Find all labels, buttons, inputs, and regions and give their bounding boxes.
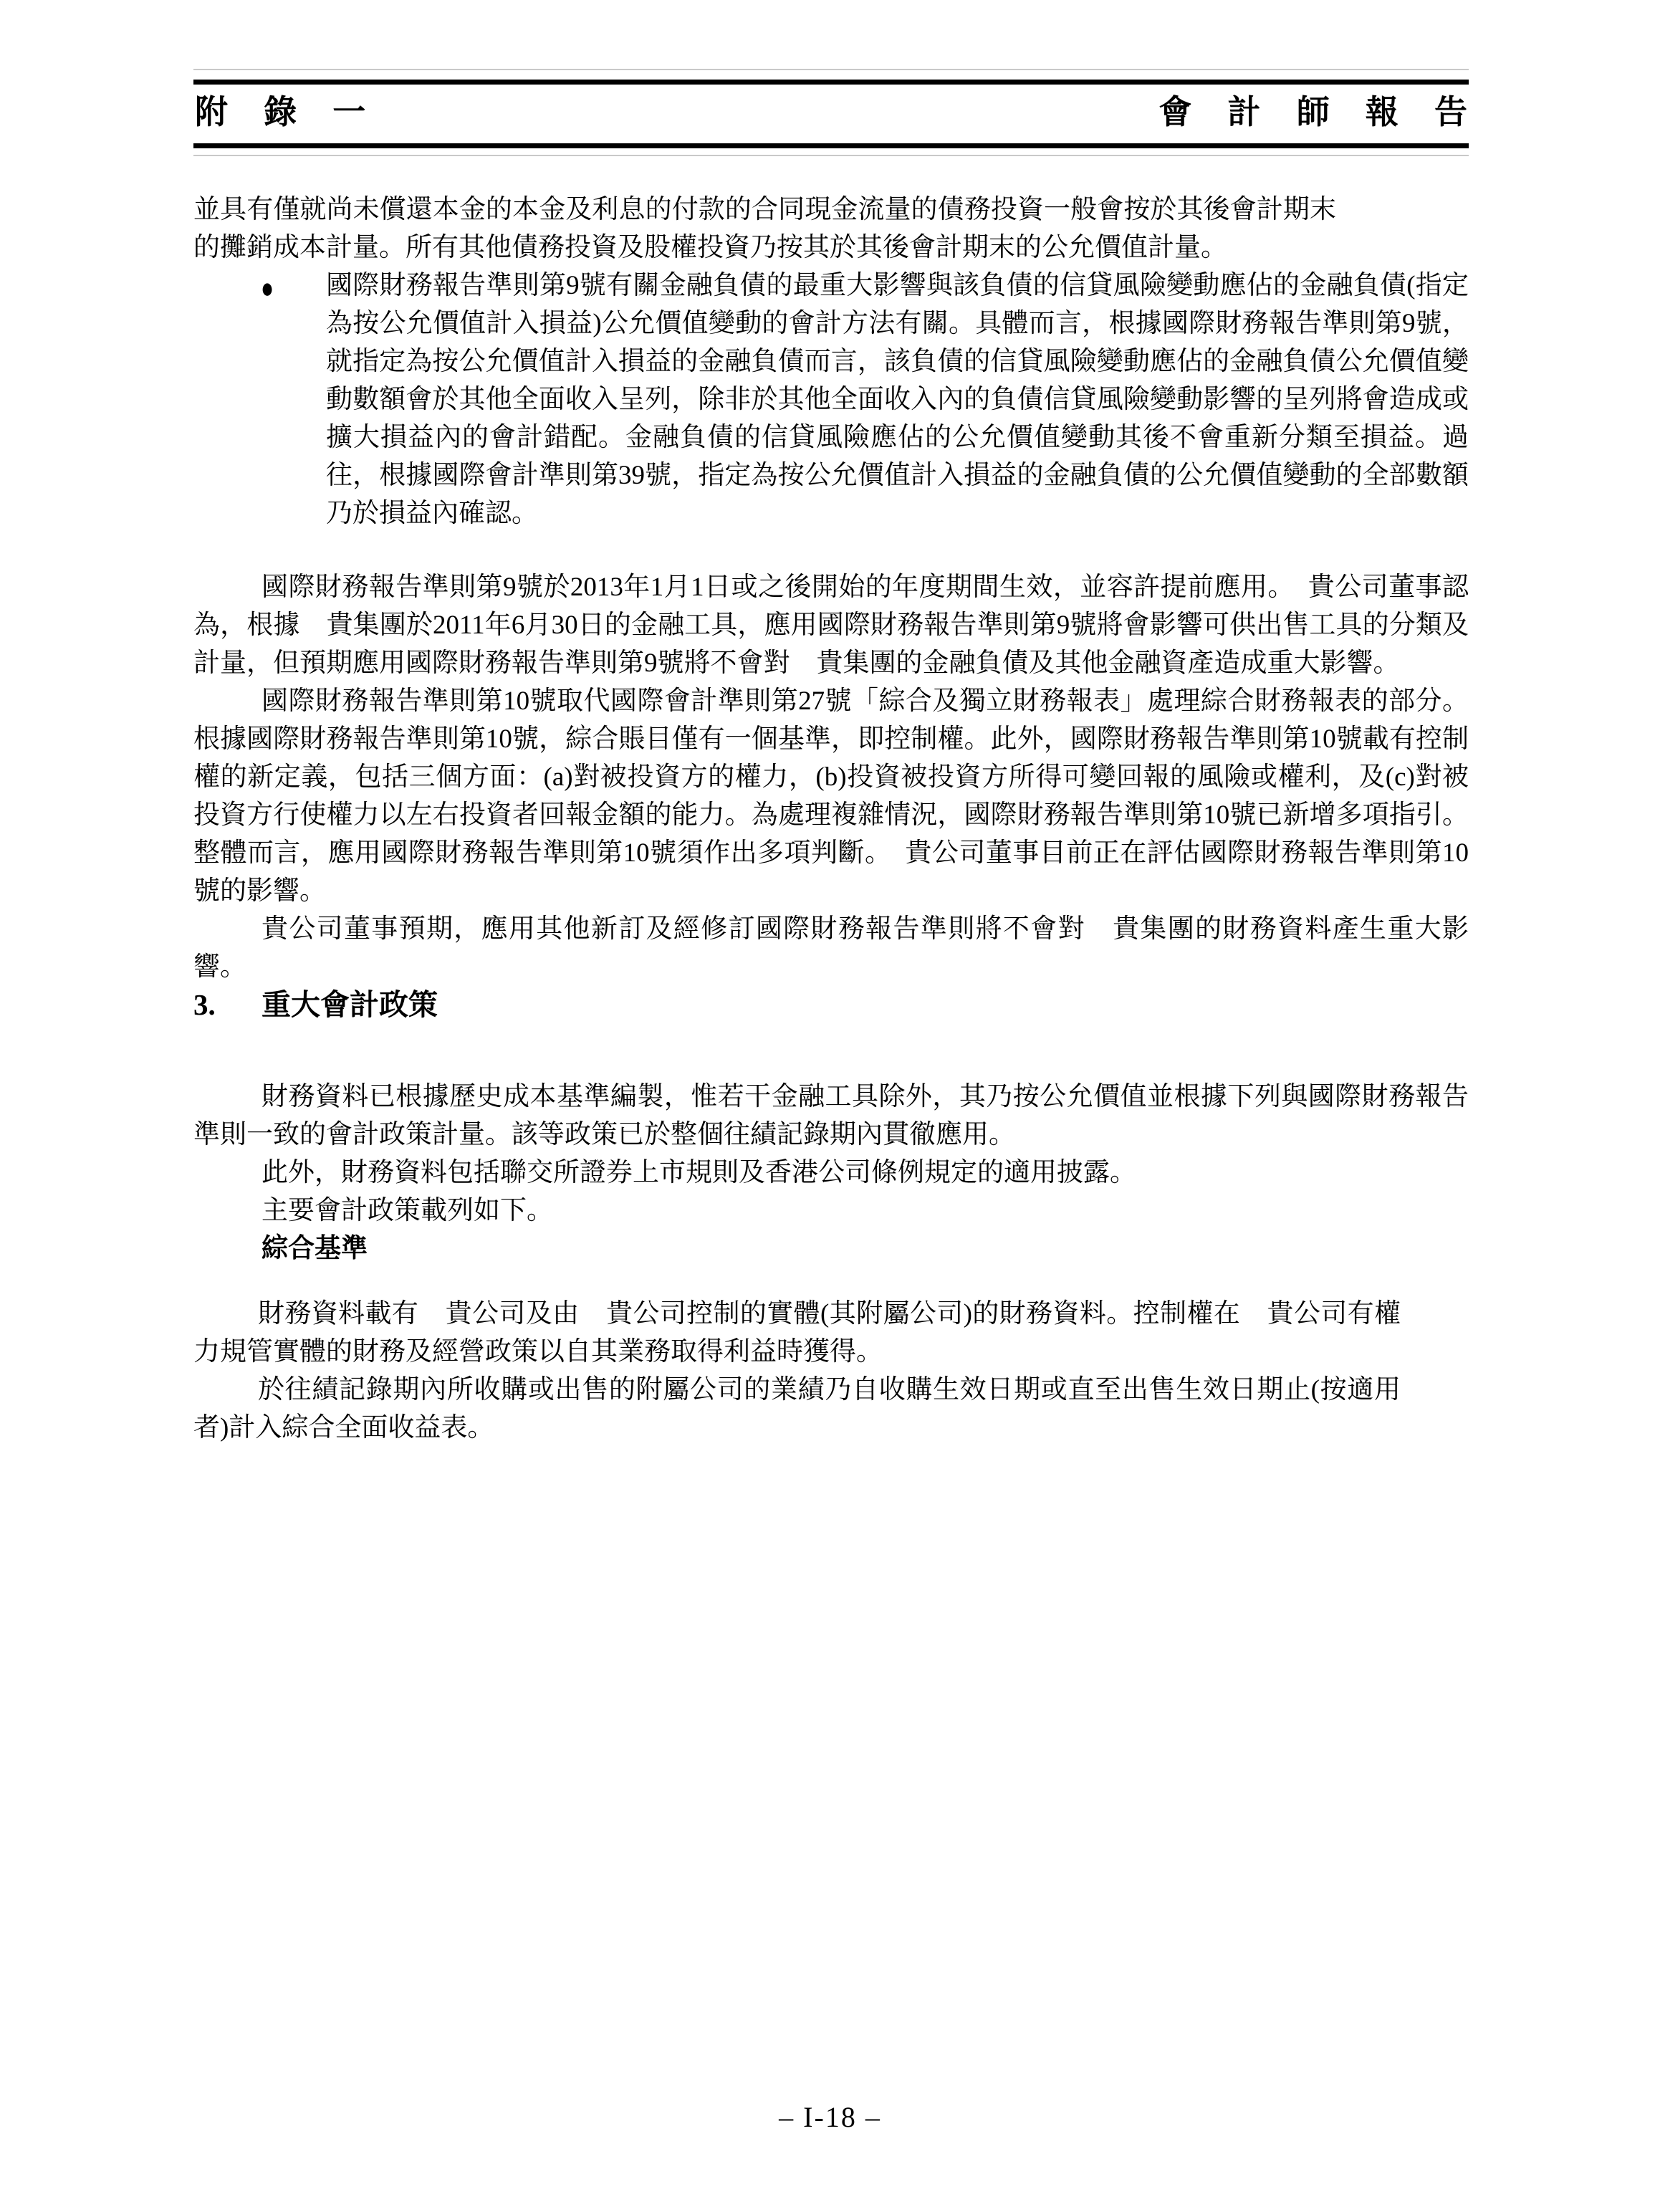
para-historical-cost-basis: 財務資料已根據歷史成本基準編製，惟若干金融工具除外，其乃按公允價值並根據下列與國… bbox=[193, 1078, 1469, 1154]
bullet-text: 國際財務報告準則第9號有關金融負債的最重大影響與該負債的信貸風險變動應佔的金融負… bbox=[326, 267, 1469, 532]
para-other-new-revised-standards: 貴公司董事預期，應用其他新訂及經修訂國際財務報告準則將不會對 貴集團的財務資料產… bbox=[193, 910, 1469, 986]
subheading-basis-of-consolidation: 綜合基準 bbox=[262, 1230, 1469, 1268]
para-ifrs10-consolidation: 國際財務報告準則第10號取代國際會計準則第27號「綜合及獨立財務報表」處理綜合財… bbox=[193, 682, 1469, 910]
section-heading-significant-accounting-policies: 3.重大會計政策 bbox=[193, 986, 1469, 1024]
document-page: 附 錄 一 會 計 師 報 告 並具有僅就尚未償還本金的本金及利息的付款的合同現… bbox=[0, 0, 1660, 2212]
para-listing-rules-disclosure: 此外，財務資料包括聯交所證券上市規則及香港公司條例規定的適用披露。 bbox=[193, 1154, 1469, 1192]
header-shadow-line-bottom bbox=[193, 155, 1469, 156]
section-number: 3. bbox=[193, 986, 262, 1024]
header-left-title: 附 錄 一 bbox=[195, 95, 380, 130]
bullet-item-ifrs9-financial-liabilities: ● 國際財務報告準則第9號有關金融負債的最重大影響與該負債的信貸風險變動應佔的金… bbox=[193, 267, 1469, 532]
header-right-title: 會 計 師 報 告 bbox=[1158, 95, 1481, 130]
document-body: 並具有僅就尚未償還本金的本金及利息的付款的合同現金流量的債務投資一般會按於其後會… bbox=[193, 191, 1469, 1447]
bullet-marker-icon: ● bbox=[261, 263, 274, 315]
header-rule-band: 附 錄 一 會 計 師 報 告 bbox=[193, 80, 1469, 148]
header-shadow-line-top bbox=[193, 69, 1469, 70]
para-debt-investments-measurement: 並具有僅就尚未償還本金的本金及利息的付款的合同現金流量的債務投資一般會按於其後會… bbox=[193, 191, 1336, 267]
para-acquired-disposed-subsidiaries: 於往績記錄期內所收購或出售的附屬公司的業績乃自收購生效日期或直至出售生效日期止(… bbox=[193, 1371, 1401, 1447]
para-consolidation-control: 財務資料載有 貴公司及由 貴公司控制的實體(其附屬公司)的財務資料。控制權在 貴… bbox=[193, 1295, 1401, 1371]
page-header: 附 錄 一 會 計 師 報 告 bbox=[193, 69, 1469, 156]
para-ifrs9-effective-date: 國際財務報告準則第9號於2013年1月1日或之後開始的年度期間生效，並容許提前應… bbox=[193, 568, 1469, 682]
page-number: – I-18 – bbox=[779, 2101, 881, 2133]
page-footer: – I-18 – bbox=[0, 2100, 1660, 2134]
section-title: 重大會計政策 bbox=[262, 988, 438, 1021]
para-principal-policies-intro: 主要會計政策載列如下。 bbox=[193, 1192, 1469, 1230]
